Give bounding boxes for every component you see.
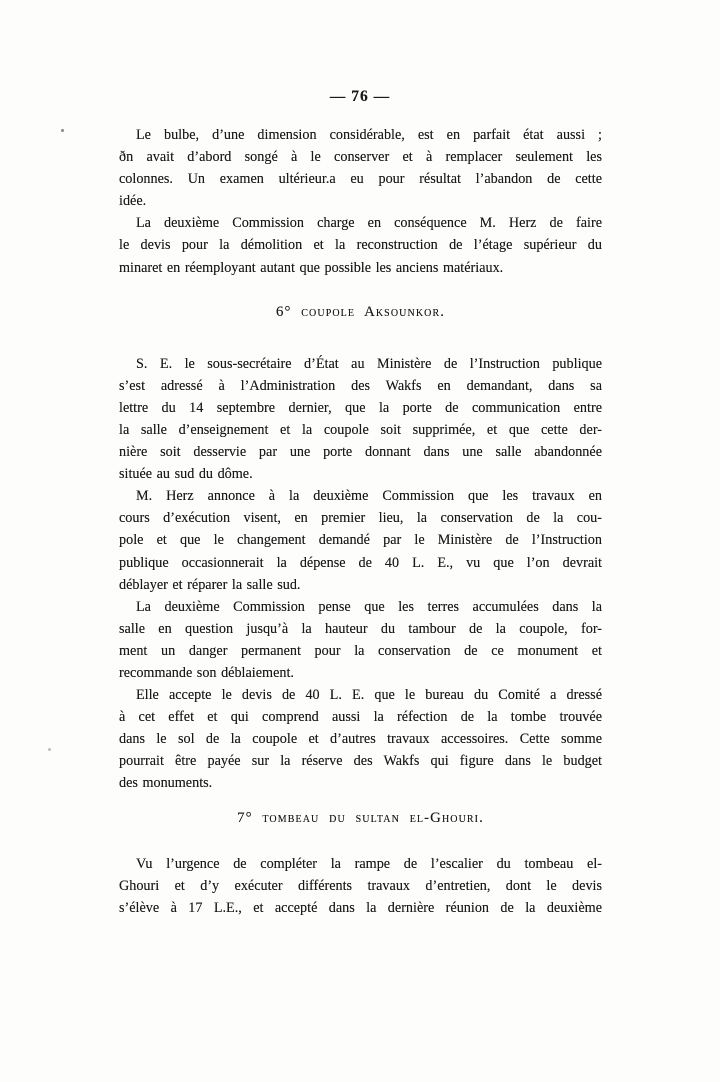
text-line: la salle d’enseignement et la coupole so… [119,419,602,441]
text-line: recommande son déblaiement. [119,662,602,684]
paragraph-commission-pense: La deuxième Commission pense que les ter… [119,596,602,684]
text-line: idée. [119,190,602,212]
text-line: pole et que le changement demandé par le… [119,529,602,551]
text-line: s’élève à 17 L.E., et accepté dans la de… [119,897,602,919]
text-line: salle en question jusqu’à la hauteur du … [119,618,602,640]
text-line: cours d’exécution visent, en premier lie… [119,507,602,529]
text-line: Le bulbe, d’une dimension considérable, … [119,124,602,146]
text-line: pourrait être payée sur la réserve des W… [119,750,602,772]
scan-speck [48,748,51,751]
text-line: publique occasionnerait la dépense de 40… [119,552,602,574]
text-line: minaret en réemployant autant que possib… [119,257,602,279]
paragraph-le-bulbe: Le bulbe, d’une dimension considérable, … [119,124,602,212]
text-line: S. E. le sous-secrétaire d’État au Minis… [119,353,602,375]
paragraph-herz-annonce: M. Herz annonce à la deuxième Commission… [119,485,602,595]
text-line: s’est adressé à l’Administration des Wak… [119,375,602,397]
paragraph-sous-secretaire: S. E. le sous-secrétaire d’État au Minis… [119,353,602,486]
text-line: La deuxième Commission pense que les ter… [119,596,602,618]
text-line: La deuxième Commission charge en conséqu… [119,212,602,234]
text-line: lettre du 14 septembre dernier, que la p… [119,397,602,419]
paragraph-elle-accepte: Elle accepte le devis de 40 L. E. que le… [119,684,602,794]
scan-speck [61,129,64,132]
text-line: ment un danger permanent pour la conserv… [119,640,602,662]
section-heading-tombeau-el-ghouri: 7° tombeau du sultan el-Ghouri. [119,807,602,829]
paragraph-vu-urgence: Vu l’urgence de compléter la rampe de l’… [119,853,602,919]
text-line: Elle accepte le devis de 40 L. E. que le… [119,684,602,706]
text-block: Le bulbe, d’une dimension considérable, … [119,124,602,919]
text-line: ðn avait d’abord songé à le conserver et… [119,146,602,168]
scanned-page: — 76 — Le bulbe, d’une dimension considé… [0,0,720,1082]
text-line: Ghouri et d’y exécuter différents travau… [119,875,602,897]
text-line: dans le sol de la coupole et d’autres tr… [119,728,602,750]
text-line: Vu l’urgence de compléter la rampe de l’… [119,853,602,875]
text-line: le devis pour la démolition et la recons… [119,234,602,256]
paragraph-commission-charge: La deuxième Commission charge en conséqu… [119,212,602,278]
text-line: M. Herz annonce à la deuxième Commission… [119,485,602,507]
text-line: située au sud du dôme. [119,463,602,485]
page-number: — 76 — [0,88,720,106]
text-line: déblayer et réparer la salle sud. [119,574,602,596]
text-line: colonnes. Un examen ultérieur.a eu pour … [119,168,602,190]
section-heading-coupole-aksounkor: 6° coupole Aksounkor. [119,301,602,323]
text-line: à cet effet et qui comprend aussi la réf… [119,706,602,728]
text-line: des monuments. [119,772,602,794]
text-line: nière soit desservie par une porte donna… [119,441,602,463]
